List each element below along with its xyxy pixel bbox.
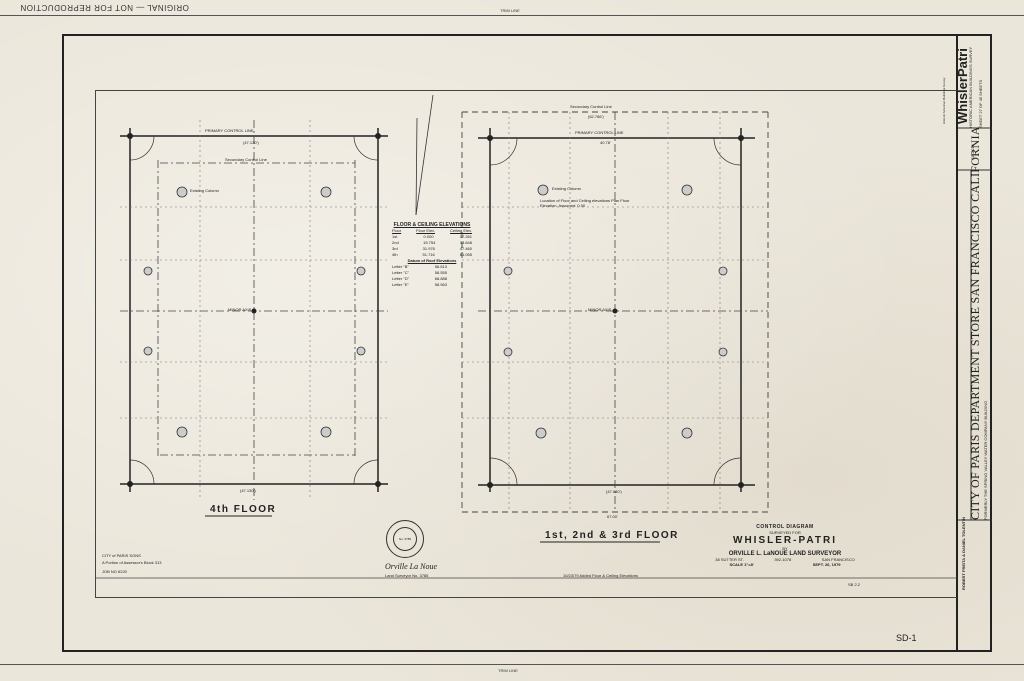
signature: Orville La Noue [385, 562, 437, 571]
right-secondary-dimension: (62.786') [588, 114, 604, 119]
left-existing-column: Existing Column [190, 188, 219, 193]
left-minor-axis: MINOR AXIS [228, 307, 251, 312]
right-outer-dimension: 67.00' [607, 514, 618, 519]
surveyor-block: CONTROL DIAGRAM SURVEYED FOR WHISLER-PAT… [700, 524, 870, 567]
phone: 392-1078 [774, 557, 791, 562]
control-diagram-drawing [0, 0, 1024, 681]
right-existing-column: Existing Column [552, 186, 581, 191]
job-ref: SB 2.2 [848, 582, 860, 587]
first-second-third-floor-plan [462, 112, 768, 512]
right-column-note: Location of Floor and Ceiling elevations… [540, 198, 630, 208]
fourth-floor-plan [120, 120, 388, 500]
legend-line2: A Portion of Assessor's Block 313 [102, 560, 161, 565]
fourth-floor-title: 4th FLOOR [210, 504, 276, 515]
north-arrow [416, 95, 433, 215]
survey-date: SEPT. 26, 1979 [813, 562, 841, 567]
surveyor-seal: No. 3785 [386, 520, 424, 558]
sheet-number: SD-1 [896, 633, 917, 643]
right-secondary-control-line: Secondary Control Line [570, 104, 612, 109]
right-primary-dimension: 40.78' [600, 140, 611, 145]
revision-note: 10/23/79 Added Floor & Ceiling Elevation… [563, 573, 638, 578]
left-bottom-dimension: (47.130') [240, 488, 256, 493]
left-secondary-control-line: Secondary Control Line [225, 157, 267, 162]
legend-job-number: JOB NO 6220 [102, 569, 127, 574]
left-primary-control-line: PRIMARY CONTROL LINE [205, 128, 254, 133]
right-primary-control-line: PRIMARY CONTROL LINE [575, 130, 624, 135]
right-minor-axis: MINOR AXIS [588, 307, 611, 312]
seal-number: No. 3785 [393, 527, 417, 551]
license-number: Land Surveyor No. 3785 [385, 573, 428, 578]
lower-floors-title: 1st, 2nd & 3rd FLOOR [545, 530, 679, 541]
scale: SCALE 1"=8' [729, 562, 753, 567]
table-row: Letter "E"58.563 [392, 282, 447, 288]
legend-line1: CITY of PARIS SONS [102, 553, 141, 558]
right-bottom-dimension: (47.080') [606, 489, 622, 494]
floor-ceiling-elevations-table: FLOOR & CEILING ELEVATIONS Floor Floor E… [392, 222, 472, 288]
client-name: WHISLER-PATRI [700, 535, 870, 546]
left-primary-dimension: (47.130') [243, 140, 259, 145]
